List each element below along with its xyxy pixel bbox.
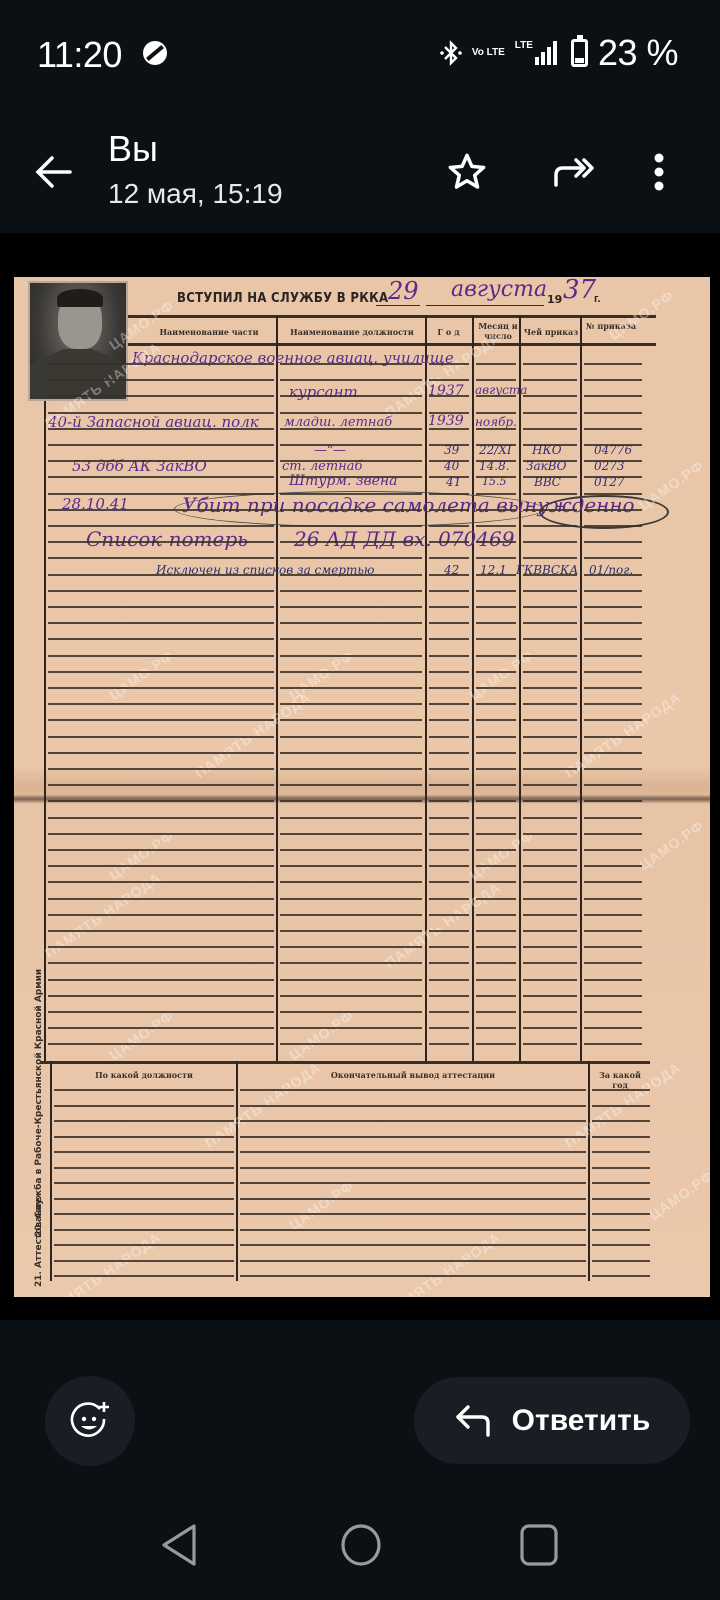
watermark: ЦАМО.РФ [466, 827, 537, 883]
watermark: ЦАМО.РФ [286, 1177, 357, 1233]
status-icons: Vo LTE LTE 23 % [440, 32, 678, 74]
watermark: ЦАМО.РФ [286, 1007, 357, 1063]
system-nav-bar [0, 1480, 720, 1600]
forward-button[interactable] [548, 146, 600, 198]
reply-label: Ответить [512, 1404, 651, 1438]
sender-title: Вы [108, 128, 158, 170]
nav-recents-button[interactable] [514, 1520, 564, 1570]
message-actions: Ответить [0, 1320, 720, 1480]
more-options-button[interactable] [641, 146, 677, 198]
watermark: ПАМЯТЬ НАРОДА [382, 1229, 504, 1297]
watermark: ЦАМО.РФ [636, 457, 707, 513]
enlist-year-suffix: 37 [563, 277, 596, 305]
app-header: Вы 12 мая, 15:19 [0, 110, 720, 233]
reply-button[interactable]: Ответить [414, 1377, 690, 1464]
image-viewer[interactable]: ВСТУПИЛ НА СЛУЖБУ В РККА 29 августа 19 3… [0, 233, 720, 1320]
star-outline-icon [446, 151, 488, 193]
enlist-year-prefix: 19 [547, 293, 562, 306]
watermark: ЦАМО.РФ [636, 817, 707, 873]
section-21-label: 21. Аттестование [34, 1197, 44, 1287]
bluetooth-icon [440, 39, 462, 67]
archive-document-image[interactable]: ВСТУПИЛ НА СЛУЖБУ В РККА 29 августа 19 3… [14, 277, 710, 1297]
col-header-year: Год [428, 327, 472, 337]
source-ref: 26 АД ДД вх. 070469 [294, 527, 514, 551]
row1-position: курсант [289, 383, 358, 401]
reply-icon [454, 1403, 494, 1439]
status-time: 11:20 [37, 34, 122, 76]
battery-percent: 23 % [598, 32, 678, 74]
status-bar: 11:20 Vo LTE LTE 23 % [0, 0, 720, 110]
message-timestamp: 12 мая, 15:19 [108, 178, 283, 210]
watermark: ЦАМО.РФ [646, 1167, 710, 1223]
battery-icon [571, 39, 588, 67]
document-heading: ВСТУПИЛ НА СЛУЖБУ В РККА [177, 291, 388, 306]
add-reaction-button[interactable] [45, 1376, 135, 1466]
enlist-month: августа [451, 277, 547, 302]
do-not-disturb-icon [143, 41, 167, 65]
col-header-order-by: Чей приказ [522, 327, 580, 337]
add-reaction-icon [68, 1399, 112, 1443]
row2-year: 1939 [428, 413, 464, 429]
nav-home-button[interactable] [336, 1520, 386, 1570]
nav-back-icon [160, 1522, 200, 1568]
source-note: Список потерь [86, 527, 248, 551]
col-header-unit: Наименование части [144, 327, 274, 337]
nav-back-button[interactable] [155, 1520, 205, 1570]
row2-date: ноябр. [475, 415, 517, 429]
col-header-position: Наименование должности [282, 327, 422, 337]
lte-icon: LTE [515, 41, 557, 65]
nav-recents-icon [519, 1523, 559, 1567]
watermark: ЦАМО.РФ [106, 827, 177, 883]
watermark: ПАМЯТЬ НАРОДА [382, 879, 504, 971]
watermark: ЦАМО.РФ [106, 1007, 177, 1063]
volte-icon: Vo LTE [472, 48, 505, 58]
watermark: ПАМЯТЬ НАРОДА [42, 1229, 164, 1297]
star-button[interactable] [441, 146, 493, 198]
enlist-day: 29 [388, 277, 419, 305]
arrow-back-icon [30, 148, 78, 196]
forward-icon [550, 151, 598, 193]
att-col-position: По какой должности [54, 1070, 234, 1080]
signal-bars-icon [535, 41, 557, 65]
paper-fold [14, 795, 710, 803]
more-vert-icon [653, 152, 665, 192]
back-button[interactable] [30, 148, 78, 196]
nav-home-icon [340, 1523, 382, 1567]
